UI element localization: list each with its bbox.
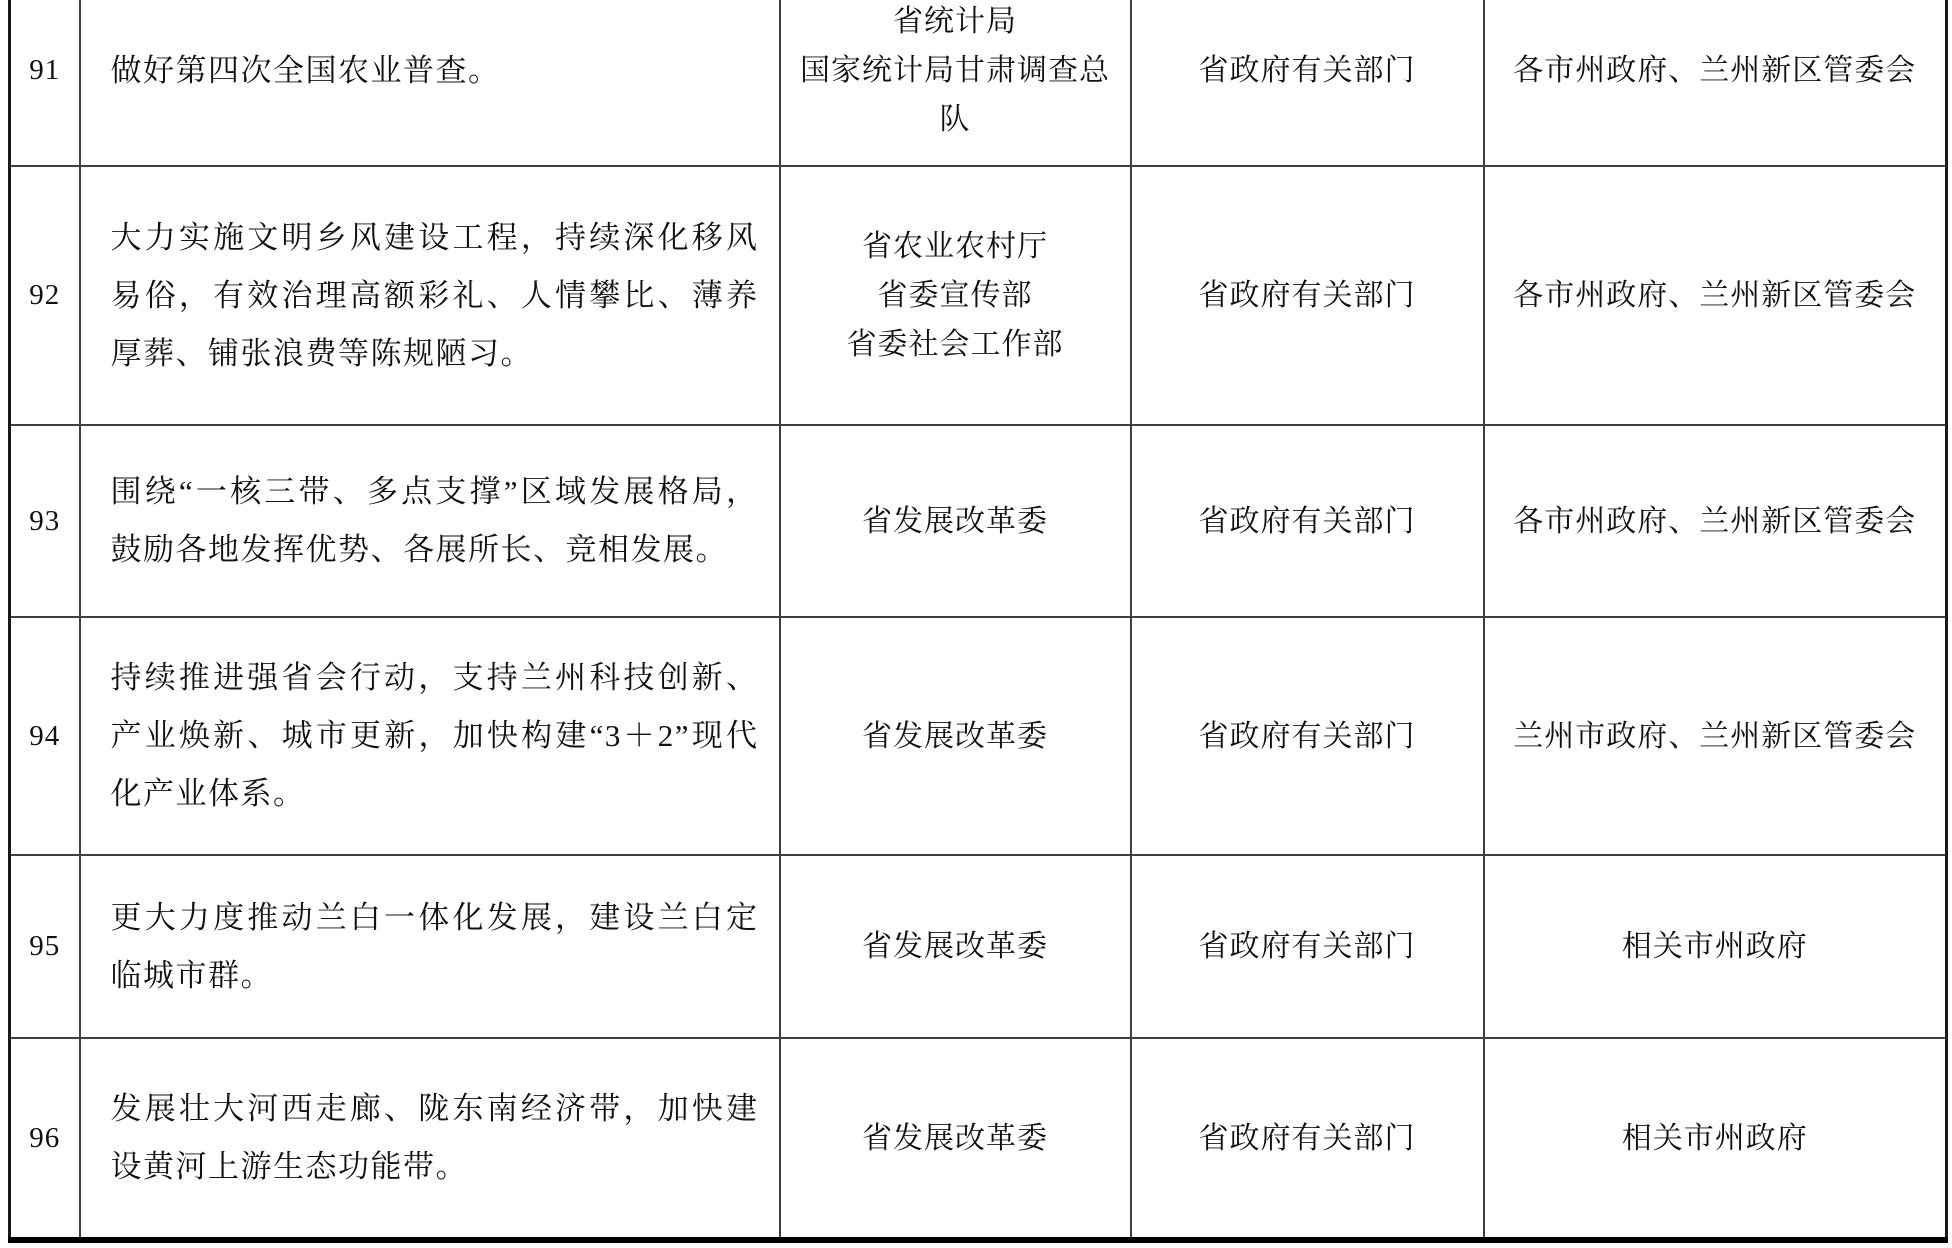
task-description-cell: 发展壮大河西走廊、陇东南经济带，加快建设黄河上游生态功能带。: [80, 1038, 780, 1240]
row-number-cell: 91: [10, 0, 80, 166]
task-description-cell: 做好第四次全国农业普查。: [80, 0, 780, 166]
lead-department-line: 省委宣传部: [787, 271, 1124, 320]
document-page: 91做好第四次全国农业普查。省统计局国家统计局甘肃调查总队省政府有关部门各市州政…: [0, 0, 1952, 1248]
lead-department-line: 国家统计局甘肃调查总队: [787, 46, 1124, 144]
related-departments-cell: 省政府有关部门: [1131, 166, 1484, 425]
lead-department-cell: 省发展改革委: [780, 617, 1131, 855]
task-description-cell: 围绕“一核三带、多点支撑”区域发展格局，鼓励各地发挥优势、各展所长、竞相发展。: [80, 425, 780, 617]
lead-department-cell: 省发展改革委: [780, 425, 1131, 617]
row-number-cell: 95: [10, 855, 80, 1038]
related-departments-cell: 省政府有关部门: [1131, 425, 1484, 617]
task-description-cell: 更大力度推动兰白一体化发展，建设兰白定临城市群。: [80, 855, 780, 1038]
row-number-cell: 93: [10, 425, 80, 617]
local-governments-cell: 各市州政府、兰州新区管委会: [1484, 166, 1947, 425]
task-description-cell: 持续推进强省会行动，支持兰州科技创新、产业焕新、城市更新，加快构建“3＋2”现代…: [80, 617, 780, 855]
table-row: 92大力实施文明乡风建设工程，持续深化移风易俗，有效治理高额彩礼、人情攀比、薄养…: [10, 166, 1947, 425]
lead-department-cell: 省发展改革委: [780, 1038, 1131, 1240]
local-governments-cell: 相关市州政府: [1484, 855, 1947, 1038]
table-row: 94持续推进强省会行动，支持兰州科技创新、产业焕新、城市更新，加快构建“3＋2”…: [10, 617, 1947, 855]
table-row: 96发展壮大河西走廊、陇东南经济带，加快建设黄河上游生态功能带。省发展改革委省政…: [10, 1038, 1947, 1240]
lead-department-cell: 省农业农村厅省委宣传部省委社会工作部: [780, 166, 1131, 425]
lead-department-line: 省发展改革委: [787, 712, 1124, 761]
row-number-cell: 92: [10, 166, 80, 425]
lead-department-cell: 省发展改革委: [780, 855, 1131, 1038]
lead-department-line: 省发展改革委: [787, 1114, 1124, 1163]
local-governments-cell: 各市州政府、兰州新区管委会: [1484, 0, 1947, 166]
table-row: 95更大力度推动兰白一体化发展，建设兰白定临城市群。省发展改革委省政府有关部门相…: [10, 855, 1947, 1038]
local-governments-cell: 各市州政府、兰州新区管委会: [1484, 425, 1947, 617]
task-description-cell: 大力实施文明乡风建设工程，持续深化移风易俗，有效治理高额彩礼、人情攀比、薄养厚葬…: [80, 166, 780, 425]
task-assignment-table: 91做好第四次全国农业普查。省统计局国家统计局甘肃调查总队省政府有关部门各市州政…: [8, 0, 1948, 1243]
lead-department-line: 省发展改革委: [787, 497, 1124, 546]
lead-department-line: 省发展改革委: [787, 922, 1124, 971]
table-row: 91做好第四次全国农业普查。省统计局国家统计局甘肃调查总队省政府有关部门各市州政…: [10, 0, 1947, 166]
lead-department-line: 省委社会工作部: [787, 320, 1124, 369]
table-row: 93围绕“一核三带、多点支撑”区域发展格局，鼓励各地发挥优势、各展所长、竞相发展…: [10, 425, 1947, 617]
row-number-cell: 96: [10, 1038, 80, 1240]
related-departments-cell: 省政府有关部门: [1131, 1038, 1484, 1240]
lead-department-line: 省统计局: [787, 0, 1124, 46]
lead-department-line: 省农业农村厅: [787, 222, 1124, 271]
lead-department-cell: 省统计局国家统计局甘肃调查总队: [780, 0, 1131, 166]
task-table-body: 91做好第四次全国农业普查。省统计局国家统计局甘肃调查总队省政府有关部门各市州政…: [10, 0, 1947, 1240]
local-governments-cell: 相关市州政府: [1484, 1038, 1947, 1240]
related-departments-cell: 省政府有关部门: [1131, 617, 1484, 855]
row-number-cell: 94: [10, 617, 80, 855]
related-departments-cell: 省政府有关部门: [1131, 855, 1484, 1038]
local-governments-cell: 兰州市政府、兰州新区管委会: [1484, 617, 1947, 855]
related-departments-cell: 省政府有关部门: [1131, 0, 1484, 166]
